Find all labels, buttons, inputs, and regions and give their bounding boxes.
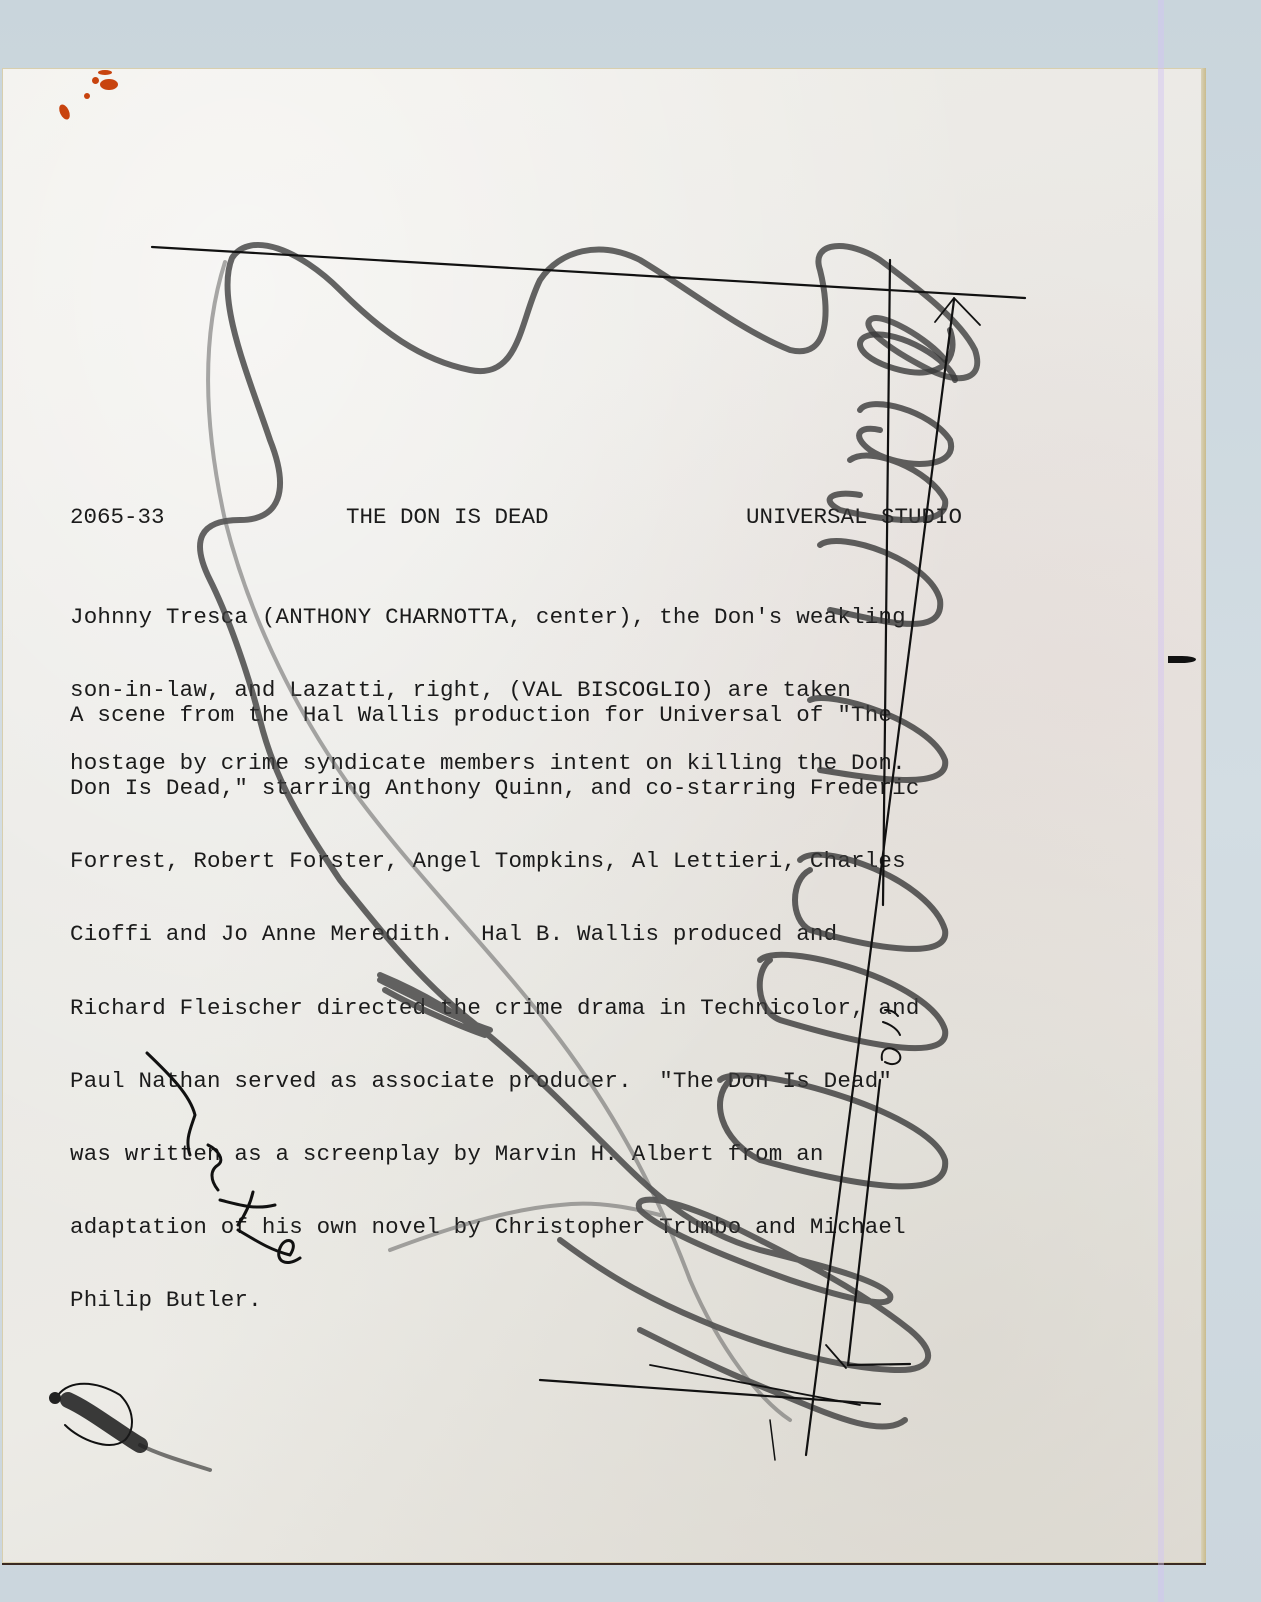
paper-edge [1201, 68, 1206, 1563]
still-number: 2065-33 [70, 504, 165, 530]
film-title: THE DON IS DEAD [346, 504, 549, 530]
caption-line: was written as a screenplay by Marvin H.… [70, 1142, 920, 1166]
caption-line: Forrest, Robert Forster, Angel Tompkins,… [70, 849, 920, 873]
rust-stain [100, 79, 118, 90]
rust-stain [98, 70, 112, 75]
caption-line: Johnny Tresca (ANTHONY CHARNOTTA, center… [70, 605, 906, 629]
caption-line: Richard Fleischer directed the crime dra… [70, 996, 920, 1020]
studio-name: UNIVERSAL STUDIO [746, 504, 962, 530]
caption-line: adaptation of his own novel by Christoph… [70, 1215, 920, 1239]
rust-stain [92, 77, 99, 84]
caption-line: Philip Butler. [70, 1288, 920, 1312]
edge-ink-tick [1168, 656, 1196, 663]
caption-header: 2065-33 THE DON IS DEAD UNIVERSAL STUDIO [70, 504, 1010, 530]
caption-line: A scene from the Hal Wallis production f… [70, 703, 920, 727]
caption-paragraph-2: A scene from the Hal Wallis production f… [70, 654, 920, 1337]
rust-stain [84, 93, 90, 99]
caption-line: Paul Nathan served as associate producer… [70, 1069, 920, 1093]
caption-line: Don Is Dead," starring Anthony Quinn, an… [70, 776, 920, 800]
scan-artifact-streak [1158, 0, 1164, 1602]
caption-line: Cioffi and Jo Anne Meredith. Hal B. Wall… [70, 922, 920, 946]
